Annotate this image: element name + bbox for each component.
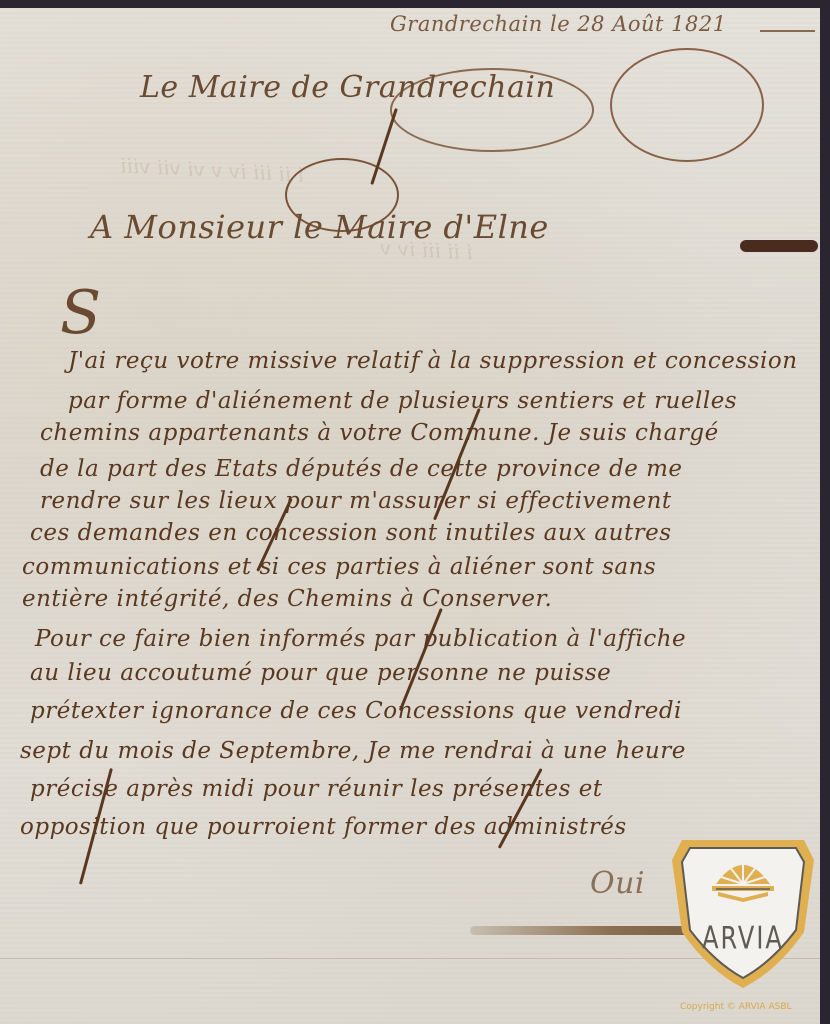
- body-line: communications et si ces parties à alién…: [22, 554, 656, 580]
- letter-page: ⅰ ⅱ ⅲ ⅳ ⅴ ⅵ ⅶ ⅷ ⅰ ⅱ ⅲ ⅳ ⅴ Grandrechain l…: [0, 8, 820, 1024]
- bleed-through-text: ⅰ ⅱ ⅲ ⅳ ⅴ ⅵ ⅶ ⅷ: [119, 153, 304, 187]
- copyright-notice: Copyright © ARVIA ASBL: [680, 1002, 792, 1012]
- body-line: entière intégrité, des Chemins à Conserv…: [22, 586, 552, 612]
- dateline-rule: [760, 30, 815, 32]
- dateline: Grandrechain le 28 Août 1821: [390, 12, 727, 36]
- body-line: précise après midi pour réunir les prése…: [30, 776, 603, 802]
- body-line: prétexter ignorance de ces Concessions q…: [30, 698, 682, 724]
- body-line: de la part des Etats députés de cette pr…: [40, 456, 683, 482]
- recipient-heading: A Monsieur le Maire d'Elne: [90, 208, 549, 246]
- body-line: chemins appartenants à votre Commune. Je…: [40, 420, 719, 446]
- closing-signature: Oui: [590, 866, 645, 901]
- body-line: rendre sur les lieux pour m'assurer si e…: [40, 488, 672, 514]
- salutation-initial: S: [60, 278, 102, 348]
- sender-heading: Le Maire de Grandrechain: [140, 70, 555, 105]
- body-line: par forme d'aliénement de plusieurs sent…: [68, 388, 737, 414]
- body-line: J'ai reçu votre missive relatif à la sup…: [68, 348, 798, 374]
- flourish-bar: [740, 240, 818, 252]
- swash-flourish: [610, 48, 764, 162]
- arvia-watermark: ARVIA: [668, 832, 818, 992]
- body-line: au lieu accoutumé pour que personne ne p…: [30, 660, 611, 686]
- body-line: opposition que pourroient former des adm…: [20, 814, 627, 840]
- shield-icon: [668, 832, 818, 992]
- body-line: ces demandes en concession sont inutiles…: [30, 520, 672, 546]
- body-line: Pour ce faire bien informés par publicat…: [35, 626, 686, 652]
- body-line: sept du mois de Septembre, Je me rendrai…: [20, 738, 686, 764]
- watermark-logo-text: ARVIA: [668, 920, 818, 956]
